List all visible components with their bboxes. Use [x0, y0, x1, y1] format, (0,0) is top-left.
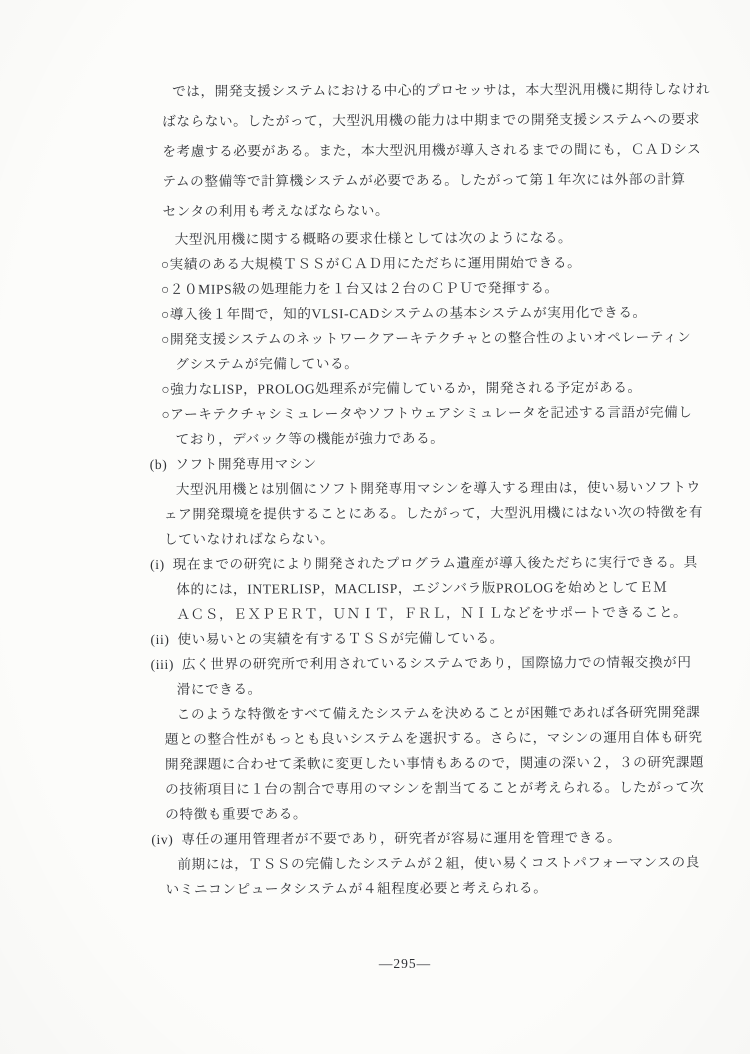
text-line: ○実績のある大規模ＴＳＳがＣＡＤ用にただちに運用開始できる。	[161, 250, 707, 277]
text-line: ェア開発環境を提供することにある。したがって，大型汎用機にはない次の特徴を有	[164, 500, 708, 527]
text-line: (i) 現在までの研究により開発されたプログラム遺産が導入後ただちに実行できる。…	[150, 550, 708, 577]
text-line: テムの整備等で計算機システムが必要である。したがって第１年次には外部の計算	[162, 165, 706, 197]
text-line: 体的には，INTERLISP，MACLISP，エジンバラ版PROLOGを始めとし…	[176, 575, 708, 602]
text-line: ○開発支援システムのネットワークアーキテクチャとの整合性のよいオペレーティン	[161, 325, 707, 352]
text-line: 大型汎用機に関する概略の要求仕様としては次のようになる。	[175, 225, 707, 252]
text-line: ○導入後１年間で，知的VLSI-CADシステムの基本システムが実用化できる。	[161, 300, 707, 327]
text-line: このような特徴をすべて備えたシステムを決めることが困難であれば各研究開発課	[177, 700, 709, 727]
text-line: (b) ソフト開発専用マシン	[150, 450, 708, 477]
text-line: (ii) 使い易いとの実績を有するＴＳＳが完備している。	[150, 625, 708, 652]
text-line: を考慮する必要がある。また，本大型汎用機が導入されるまでの間にも，ＣＡＤシス	[162, 135, 706, 167]
text-line: していなければならない。	[164, 525, 708, 552]
text-line: 大型汎用機とは別個にソフト開発専用マシンを導入する理由は，使い易いソフトウ	[176, 475, 708, 502]
text-line: ており，デバック等の機能が強力である。	[176, 425, 708, 452]
text-line: 滑にできる。	[177, 675, 709, 702]
text-line: (iii) 広く世界の研究所で利用されているシステムであり，国際協力での情報交換…	[151, 650, 709, 677]
text-line: 題との整合性がもっとも良いシステムを選択する。さらに，マシンの運用自体も研究	[165, 725, 709, 752]
text-line: の技術項目に１台の割合で専用のマシンを割当てることが考えられる。したがって次	[165, 775, 709, 802]
text-line: 開発課題に合わせて柔軟に変更したい事情もあるので，関連の深い２，３の研究課題	[165, 750, 709, 777]
document-text-block: では，開発支援システムにおける中心的プロセッサは，本大型汎用機に期待しなければな…	[148, 75, 710, 902]
text-line: ○アーキテクチャシミュレータやソフトウェアシミュレータを記述する言語が完備し	[161, 400, 707, 427]
text-line: ばならない。したがって，大型汎用機の能力は中期までの開発支援システムへの要求	[162, 105, 706, 137]
text-line: センタの利用も考えなばならない。	[163, 195, 707, 227]
text-line: グシステムが完備している。	[175, 350, 707, 377]
text-line: ○強力なLISP，PROLOG処理系が完備しているか，開発される予定がある。	[161, 375, 707, 402]
page-number: —295—	[0, 956, 750, 972]
text-line: では，開発支援システムにおける中心的プロセッサは，本大型汎用機に期待しなけれ	[172, 75, 706, 107]
text-line: の特徴も重要である。	[165, 800, 709, 827]
text-line: ○２０MIPS級の処理能力を１台又は２台のＣＰＵで発揮する。	[161, 275, 707, 302]
text-line: ＡＣＳ，ＥＸＰＥＲＴ，ＵＮＩＴ，ＦＲＬ，ＮＩＬなどをサポートできること。	[176, 600, 708, 627]
text-line: 前期には，ＴＳＳの完備したシステムが２組，使い易くコストパフォーマンスの良	[177, 850, 709, 877]
text-line: いミニコンピュータシステムが４組程度必要と考えられる。	[165, 875, 709, 902]
text-line: (iv) 専任の運用管理者が不要であり，研究者が容易に運用を管理できる。	[151, 825, 709, 852]
scanned-document-page: では，開発支援システムにおける中心的プロセッサは，本大型汎用機に期待しなければな…	[0, 0, 750, 1054]
